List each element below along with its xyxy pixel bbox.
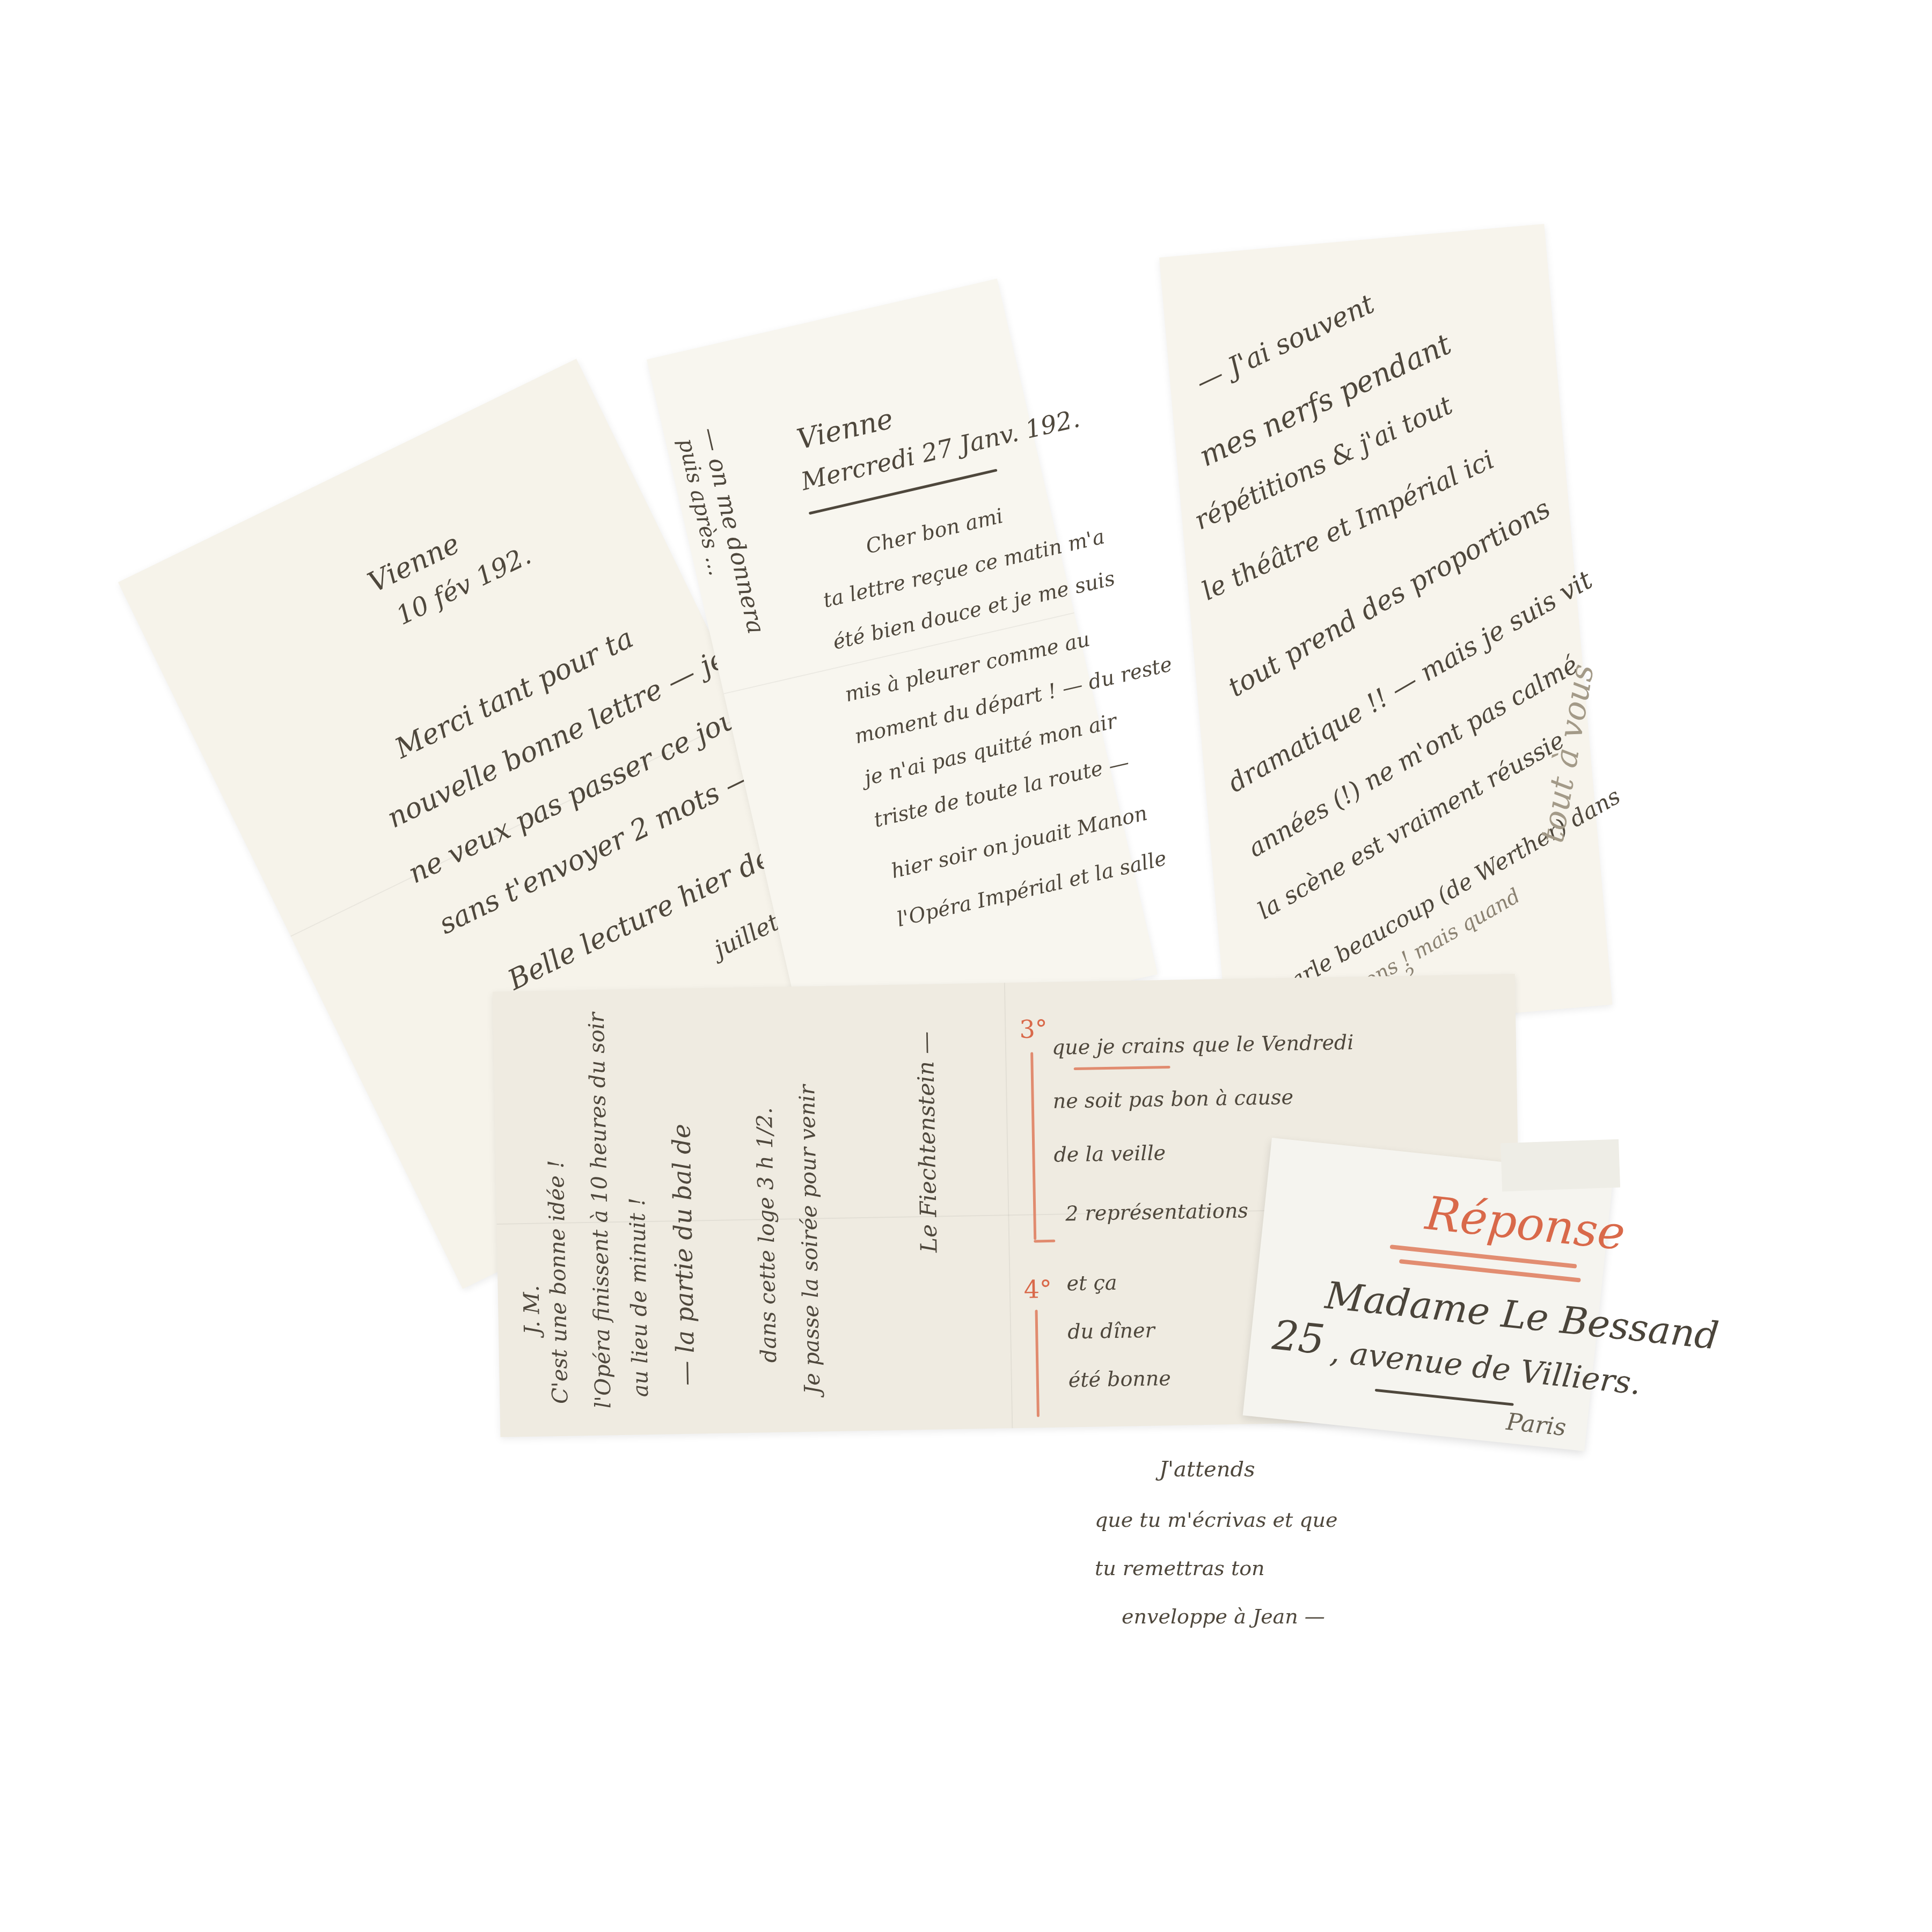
letter-3-line: le théâtre et Impérial ici [1197,444,1499,606]
letter-4-right-line: tu remettras ton [1095,1556,1265,1580]
letter-4-right-line: J'attends [1159,1457,1255,1482]
letter-4-left-line: C'est une bonne idée ! [544,1160,573,1404]
envelope: Réponse Madame Le Bessand 25 , avenue de… [1243,1138,1614,1451]
letter-4-left-line: J. M. [519,1285,545,1335]
letter-4-right-line: que tu m'écrivas et que [1095,1508,1338,1532]
letter-4-left-line: — la partie du bal de [667,1124,700,1386]
letter-4-left-line: au lieu de minuit ! [625,1197,653,1397]
red-bracket [1034,1240,1055,1243]
letter-3-line: tout prend des proportions [1223,493,1556,703]
letter-4-left-line: Je passe la soirée pour venir [795,1085,825,1394]
red-underline [1074,1066,1170,1070]
letter-3: — J'ai souvent mes nerfs pendant répétit… [1159,224,1613,1038]
letter-2-line: Cher bon ami [863,504,1005,559]
letter-4-right-line: ne soit pas bon à cause [1052,1085,1293,1113]
letter-4-right-line: de la veille [1053,1141,1166,1167]
letter-4-left-line: l'Opéra finissent à 10 heures du soir [584,1012,616,1409]
address-underline [1375,1389,1514,1406]
letter-4-right-line: été bonne [1068,1366,1171,1392]
letter-4-red-mark: 3° [1019,1014,1048,1044]
letter-4-right-line: et ça [1066,1271,1117,1296]
red-bracket [1035,1309,1039,1417]
letter-4-red-mark: 4° [1023,1275,1052,1304]
letter-4-right-line: du dîner [1067,1319,1155,1344]
letter-4-right-line: que je crains que le Vendredi [1052,1030,1354,1059]
letter-4-left-line: Le Fiechtenstein — [912,1031,942,1253]
letter-4-left-line: dans cette loge 3 h 1/2. [752,1107,781,1363]
red-bracket [1030,1052,1036,1240]
letter-1-line: juillet [710,909,784,963]
envelope-street-number: 25 [1270,1311,1327,1364]
envelope-annotation: Réponse [1423,1187,1628,1261]
letter-4-right-line: 2 représentations [1065,1198,1248,1225]
envelope-city: Paris [1505,1408,1567,1441]
envelope-flap [1501,1139,1620,1192]
letter-4-right-line: enveloppe à Jean — [1122,1605,1325,1628]
